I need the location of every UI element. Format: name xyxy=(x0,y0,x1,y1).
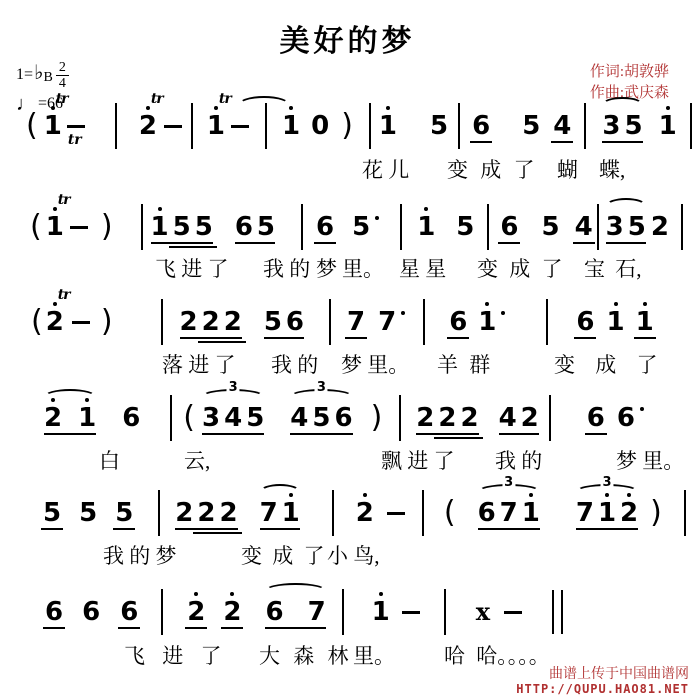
beam-underline xyxy=(260,528,300,530)
note-1: 1tr xyxy=(207,112,225,140)
note-1: 1 xyxy=(78,404,96,432)
note-6: 6 xyxy=(122,404,140,432)
meter-numerator: 2 xyxy=(56,60,69,76)
note-5: 5 xyxy=(522,112,540,140)
note-1: 1 xyxy=(598,499,616,527)
trill-mark: tr xyxy=(219,91,231,107)
barline xyxy=(549,395,551,441)
octave-dot xyxy=(379,592,383,596)
barline xyxy=(369,103,371,149)
note-6: 6 xyxy=(334,404,352,432)
note-1: 1 xyxy=(282,112,300,140)
note-7: 7 xyxy=(576,499,594,527)
note-group: 3456 xyxy=(290,404,352,432)
note-3: 3 xyxy=(202,404,220,432)
note-2: 2 xyxy=(651,213,669,241)
parenthesis: ) xyxy=(101,306,113,338)
lyrics-line-3: 落 进 了我 的梦 里。羊 群变 成 了 xyxy=(0,349,695,377)
triplet-number: 3 xyxy=(227,381,240,394)
lyric-segment: 我 的 梦 xyxy=(103,540,177,570)
eighth-underline xyxy=(118,627,140,629)
note-2: 2tr xyxy=(139,112,157,140)
lyric-segment: 梦 xyxy=(316,253,337,283)
slur-arc xyxy=(606,198,646,213)
lyrics-line-4: 白云,飘 进 了我 的梦 里。 xyxy=(0,445,695,473)
parenthesis: ( xyxy=(30,211,42,243)
beam-underline xyxy=(151,242,213,244)
barline xyxy=(487,204,489,250)
note-5: 5 xyxy=(264,308,282,336)
extension-dash xyxy=(231,125,249,128)
lyric-segment: 我 的 xyxy=(271,349,318,379)
beam-underline xyxy=(602,141,642,143)
meter-denominator: 4 xyxy=(56,76,69,91)
slur-arc xyxy=(260,484,300,499)
score-line-4: 216(33453456)2224266 xyxy=(12,393,695,443)
note-group: 71 xyxy=(260,499,300,527)
note-4: 4 xyxy=(499,404,517,432)
lyric-segment: 梦 里。 xyxy=(341,349,409,379)
note-1: 1tr xyxy=(46,213,64,241)
sheet-music-page: 美好的梦 1=♭B 2 4 ♩=66 作词:胡敦骅 作曲:武庆森 曲谱上传于中国… xyxy=(0,0,695,700)
eighth-underline xyxy=(447,337,469,339)
note-5: 5 xyxy=(246,404,264,432)
parenthesis: ) xyxy=(341,110,353,142)
note-2: 2 xyxy=(438,404,456,432)
barline xyxy=(265,103,267,149)
beam-underline xyxy=(265,627,325,629)
note-2: 2 xyxy=(223,598,241,626)
barline xyxy=(422,490,424,536)
extension-dash xyxy=(504,611,522,614)
note-6: 6 xyxy=(587,404,605,432)
barline xyxy=(584,103,586,149)
note-3: 3 xyxy=(602,112,620,140)
scale-prefix: 1= xyxy=(16,66,33,84)
note-2: 2 xyxy=(187,598,205,626)
note-group: 222 xyxy=(180,308,242,336)
lyric-segment: 飘 进 了 xyxy=(381,445,455,475)
barline xyxy=(301,204,303,250)
augmentation-dot xyxy=(640,407,644,411)
score-line-1: (1trtr2tr1tr10)15654351 xyxy=(12,101,692,151)
note-2: 2 xyxy=(224,308,242,336)
note-2: 2 xyxy=(180,308,198,336)
barline xyxy=(329,299,331,345)
triplet-number: 3 xyxy=(600,476,613,489)
octave-dot xyxy=(363,493,367,497)
beam-underline xyxy=(175,528,237,530)
note-1: 1 xyxy=(372,598,390,626)
note-6: 6 xyxy=(265,598,283,626)
barline xyxy=(170,395,172,441)
eighth-underline xyxy=(574,337,596,339)
note-2: 2 xyxy=(416,404,434,432)
octave-dot xyxy=(485,302,489,306)
eighth-underline xyxy=(573,242,595,244)
barline xyxy=(342,589,344,635)
barline xyxy=(115,103,117,149)
octave-dot xyxy=(53,302,57,306)
lyric-segment: 花 儿 xyxy=(362,154,409,184)
extension-dash: tr xyxy=(67,125,85,128)
sixteenth-underline xyxy=(191,246,217,248)
beam-underline xyxy=(235,242,275,244)
lyrics-line-1: 花 儿变 成 了蝴蝶, xyxy=(0,154,695,182)
note-5: 5 xyxy=(195,213,213,241)
barline xyxy=(400,204,402,250)
note-5: 5 xyxy=(628,213,646,241)
barline xyxy=(444,589,446,635)
barline xyxy=(597,204,599,250)
eighth-underline xyxy=(113,528,135,530)
barline xyxy=(681,204,683,250)
parenthesis: ( xyxy=(444,497,456,529)
flat-sign: ♭ xyxy=(34,60,43,85)
trill-mark: tr xyxy=(56,91,68,107)
note-5: 5 xyxy=(257,213,275,241)
note-2: 2tr xyxy=(46,308,64,336)
note-5: 5 xyxy=(173,213,191,241)
extension-dash xyxy=(387,512,405,515)
extension-dash xyxy=(70,226,88,229)
octave-dot xyxy=(53,207,57,211)
note-5: 5 xyxy=(430,112,448,140)
parenthesis: ( xyxy=(183,402,195,434)
octave-dot xyxy=(146,106,150,110)
triplet-number: 3 xyxy=(315,381,328,394)
parenthesis: ( xyxy=(26,110,38,142)
augmentation-dot xyxy=(401,311,405,315)
augmentation-dot xyxy=(375,216,379,220)
lyric-segment: 我 的 xyxy=(495,445,542,475)
trill-mark: tr xyxy=(58,287,70,303)
note-6: 6 xyxy=(472,112,490,140)
sixteenth-underline xyxy=(456,437,482,439)
lyric-segment: 我 的 xyxy=(263,253,310,283)
barline xyxy=(158,490,160,536)
barline xyxy=(458,103,460,149)
note-6: 6 xyxy=(449,308,467,336)
trill-mark: tr xyxy=(68,132,82,148)
note-4: 4 xyxy=(553,112,571,140)
lyric-segment: 白 xyxy=(99,445,120,475)
note-2: 2 xyxy=(460,404,478,432)
lyric-segment: 蝶, xyxy=(599,154,625,184)
beam-underline xyxy=(416,433,478,435)
note-2: 2 xyxy=(356,499,374,527)
parenthesis: ( xyxy=(31,306,43,338)
slur-arc xyxy=(602,97,642,112)
score-line-3: (2tr)222567761611 xyxy=(12,297,695,347)
note-x: x xyxy=(476,598,490,626)
key-signature: 1=♭B 2 4 xyxy=(16,58,69,92)
sixteenth-underline xyxy=(220,341,246,343)
lyrics-line-2: 飞 进 了我 的梦里。星 星变 成 了宝 石, xyxy=(0,253,695,281)
lyric-segment: 里。 xyxy=(342,253,384,283)
note-group: 3345 xyxy=(202,404,264,432)
note-group: 21 xyxy=(44,404,96,432)
note-group: 65 xyxy=(235,213,275,241)
extension-dash xyxy=(72,321,90,324)
lyric-segment: 变 成 了 xyxy=(447,154,535,184)
note-group: 155 xyxy=(151,213,213,241)
trill-mark: tr xyxy=(151,91,163,107)
eighth-underline xyxy=(185,627,207,629)
note-2: 2 xyxy=(44,404,62,432)
lyric-segment: 飞 进 了 xyxy=(155,253,229,283)
barline xyxy=(690,103,692,149)
octave-dot xyxy=(424,207,428,211)
note-group: 222 xyxy=(416,404,478,432)
lyric-segment: 羊 群 xyxy=(437,349,490,379)
note-1: 1 xyxy=(478,308,496,336)
beam-underline xyxy=(606,242,646,244)
extension-dash xyxy=(164,125,182,128)
beam-underline xyxy=(180,337,242,339)
lyric-segment: 宝 石, xyxy=(584,253,642,283)
note-1: 1 xyxy=(606,308,624,336)
beam-underline xyxy=(290,433,352,435)
note-4: 4 xyxy=(224,404,242,432)
octave-dot xyxy=(51,106,55,110)
lyric-segment: 落 进 了 xyxy=(162,349,236,379)
eighth-underline xyxy=(43,627,65,629)
note-6: 6 xyxy=(286,308,304,336)
note-7: 7 xyxy=(308,598,326,626)
note-3: 3 xyxy=(606,213,624,241)
octave-dot xyxy=(614,302,618,306)
note-5: 5 xyxy=(456,213,474,241)
note-2: 2 xyxy=(202,308,220,336)
octave-dot xyxy=(194,592,198,596)
lyric-segment: 云, xyxy=(184,445,210,475)
barline xyxy=(161,299,163,345)
site-url: HTTP://QUPU.HAO81.NET xyxy=(516,682,689,697)
note-6: 6 xyxy=(235,213,253,241)
note-5: 5 xyxy=(43,499,61,527)
note-7: 7 xyxy=(378,308,396,336)
note-5: 5 xyxy=(115,499,133,527)
note-6: 6 xyxy=(617,404,635,432)
lyric-segment: 蝴 xyxy=(557,154,578,184)
note-group: 42 xyxy=(499,404,539,432)
note-6: 6 xyxy=(82,598,100,626)
octave-dot xyxy=(214,106,218,110)
lyric-segment: 飞 进 了 xyxy=(124,640,222,670)
lyric-segment: 变 成 了 xyxy=(477,253,563,283)
octave-dot xyxy=(230,592,234,596)
eighth-underline xyxy=(585,433,607,435)
lyric-segment: 梦 里。 xyxy=(616,445,684,475)
note-2: 2 xyxy=(620,499,638,527)
note-6: 6 xyxy=(478,499,496,527)
note-6: 6 xyxy=(316,213,334,241)
sixteenth-underline xyxy=(215,532,241,534)
note-1: 1 xyxy=(151,213,169,241)
barline xyxy=(399,395,401,441)
note-0: 0 xyxy=(311,112,329,140)
lyric-segment: 小 鸟, xyxy=(327,540,380,570)
note-4: 4 xyxy=(575,213,593,241)
octave-dot xyxy=(158,207,162,211)
note-7: 7 xyxy=(260,499,278,527)
note-1: 1 xyxy=(379,112,397,140)
note-5: 5 xyxy=(541,213,559,241)
beam-underline xyxy=(202,433,264,435)
note-2: 2 xyxy=(521,404,539,432)
augmentation-dot xyxy=(501,311,505,315)
octave-dot xyxy=(289,106,293,110)
barline xyxy=(684,490,686,536)
eighth-underline xyxy=(470,141,492,143)
note-6: 6 xyxy=(500,213,518,241)
octave-dot xyxy=(386,106,390,110)
beam-underline xyxy=(264,337,304,339)
eighth-underline xyxy=(634,337,656,339)
note-5: 5 xyxy=(624,112,642,140)
barline xyxy=(191,103,193,149)
barline xyxy=(332,490,334,536)
note-7: 7 xyxy=(347,308,365,336)
lyrics-line-5: 我 的 梦变 成 了小 鸟, xyxy=(0,540,695,568)
note-5: 5 xyxy=(352,213,370,241)
final-barline xyxy=(552,590,563,634)
parenthesis: ) xyxy=(101,211,113,243)
octave-dot xyxy=(666,106,670,110)
note-6: 6 xyxy=(120,598,138,626)
eighth-underline xyxy=(41,528,63,530)
lyricist-credit: 作词:胡敦骅 xyxy=(590,62,669,83)
note-2: 2 xyxy=(219,499,237,527)
note-group: 3712 xyxy=(576,499,638,527)
octave-dot xyxy=(529,493,533,497)
site-watermark: 曲谱上传于中国曲谱网 HTTP://QUPU.HAO81.NET xyxy=(516,667,689,697)
slur-arc xyxy=(265,583,325,598)
note-group: 35 xyxy=(606,213,646,241)
note-6: 6 xyxy=(45,598,63,626)
eighth-underline xyxy=(314,242,336,244)
note-group: 56 xyxy=(264,308,304,336)
beam-underline xyxy=(499,433,539,435)
beam-underline xyxy=(576,528,638,530)
key-letter: B xyxy=(43,70,52,86)
note-4: 4 xyxy=(290,404,308,432)
octave-dot xyxy=(605,493,609,497)
score-line-6: 66622671x xyxy=(12,587,563,637)
lyric-segment: 里。 xyxy=(353,640,395,670)
note-group: 3671 xyxy=(478,499,540,527)
note-1: 1 xyxy=(282,499,300,527)
note-6: 6 xyxy=(576,308,594,336)
note-7: 7 xyxy=(500,499,518,527)
parenthesis: ) xyxy=(650,497,662,529)
score-line-2: (1tr)155656515654352 xyxy=(12,202,683,252)
octave-dot xyxy=(289,493,293,497)
octave-dot xyxy=(643,302,647,306)
song-title: 美好的梦 xyxy=(0,16,695,60)
score-line-5: 555222712(36713712) xyxy=(12,488,686,538)
note-1: 1 xyxy=(636,308,654,336)
eighth-underline xyxy=(551,141,573,143)
eighth-underline xyxy=(221,627,243,629)
extension-dash xyxy=(402,611,420,614)
note-group: 222 xyxy=(175,499,237,527)
note-1: 1 xyxy=(417,213,435,241)
lyric-segment: 星 星 xyxy=(399,253,446,283)
triplet-number: 3 xyxy=(502,476,515,489)
lyrics-line-6: 飞 进 了大 森 林里。哈 哈。。。。 xyxy=(0,640,695,668)
barline xyxy=(141,204,143,250)
beam-underline xyxy=(44,433,96,435)
note-2: 2 xyxy=(197,499,215,527)
note-1: 1 xyxy=(522,499,540,527)
eighth-underline xyxy=(345,337,367,339)
barline xyxy=(546,299,548,345)
barline xyxy=(161,589,163,635)
note-2: 2 xyxy=(175,499,193,527)
lyric-segment: 变 成 了 xyxy=(554,349,658,379)
note-5: 5 xyxy=(312,404,330,432)
beam-underline xyxy=(478,528,540,530)
note-group: 35 xyxy=(602,112,642,140)
time-signature: 2 4 xyxy=(56,60,69,91)
note-group: 67 xyxy=(265,598,325,626)
parenthesis: ) xyxy=(371,402,383,434)
note-5: 5 xyxy=(79,499,97,527)
note-1: 1 xyxy=(659,112,677,140)
barline xyxy=(423,299,425,345)
lyric-segment: 哈 哈。。。。 xyxy=(444,640,550,670)
lyric-segment: 大 森 林 xyxy=(259,640,349,670)
lyric-segment: 变 成 了 xyxy=(241,540,325,570)
trill-mark: tr xyxy=(58,192,70,208)
note-1: 1tr xyxy=(44,112,62,140)
eighth-underline xyxy=(498,242,520,244)
